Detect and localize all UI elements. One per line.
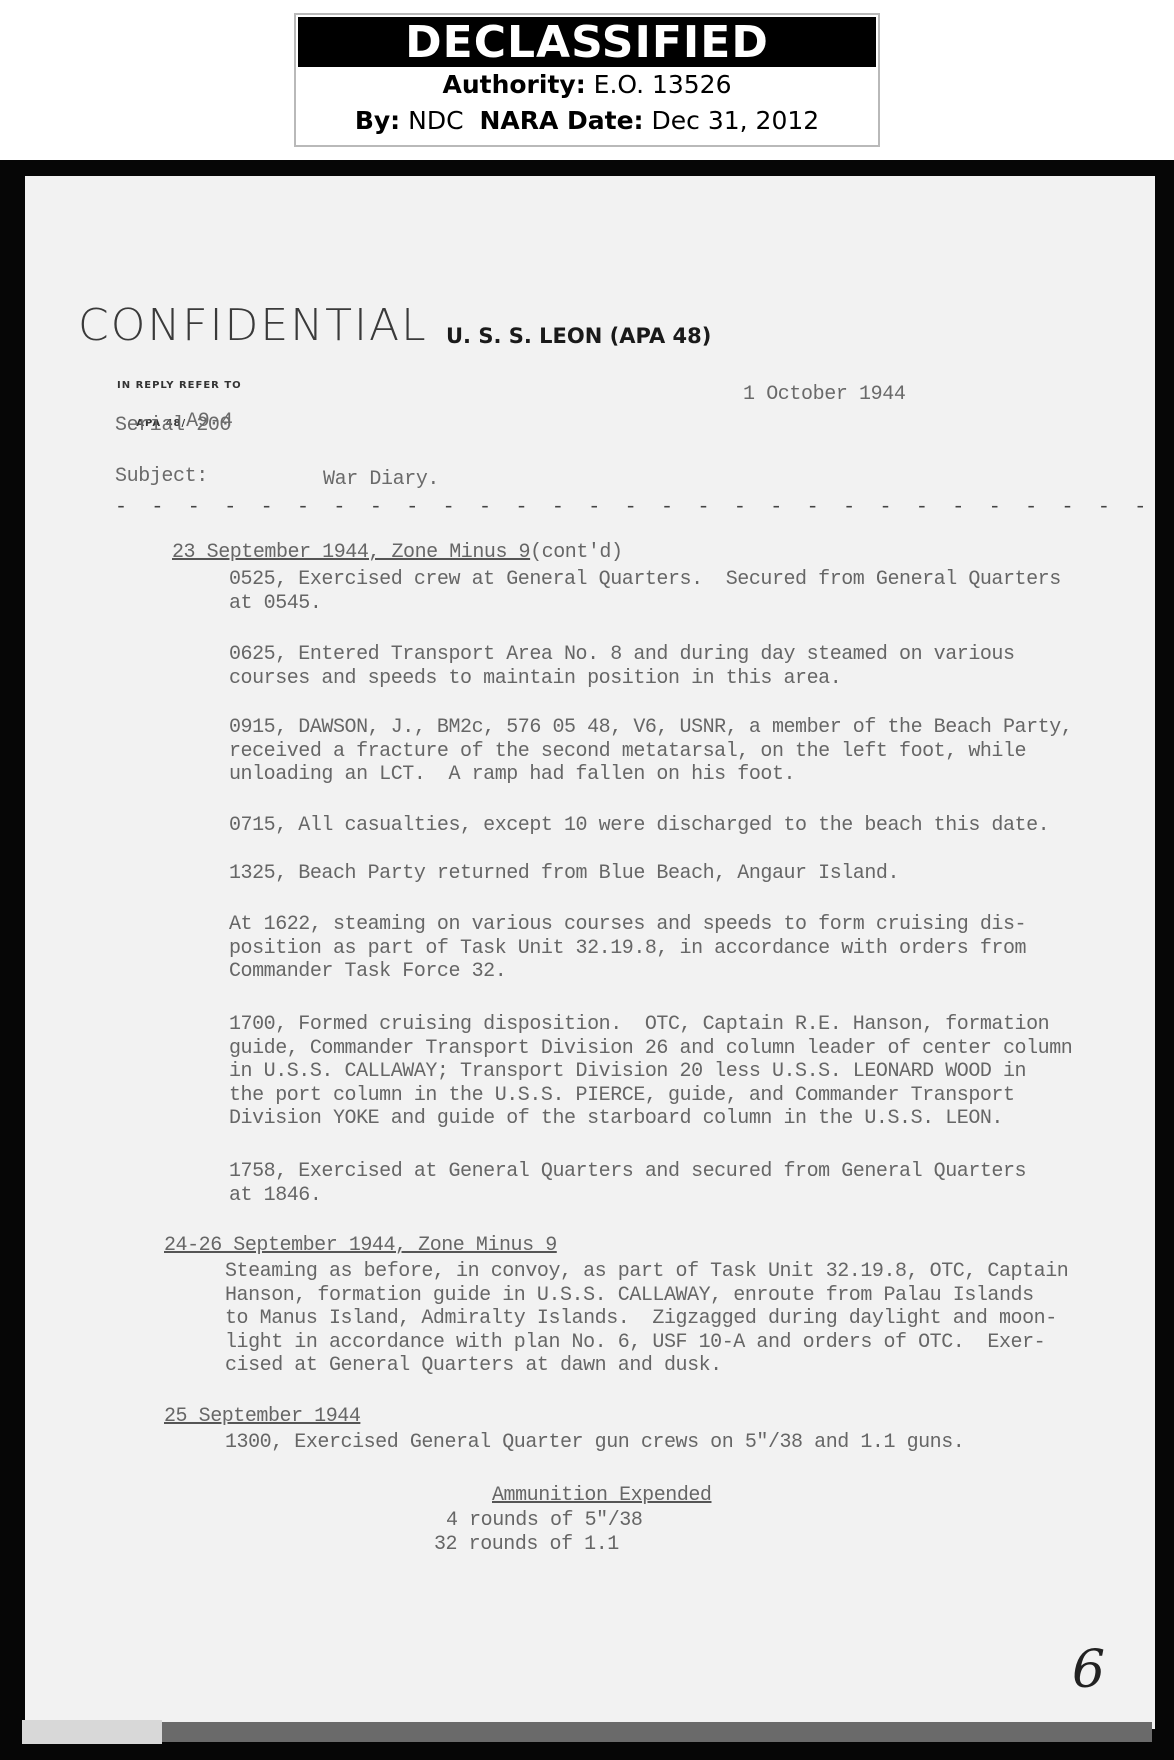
- diary-entry: 0715, All casualties, except 10 were dis…: [229, 814, 1049, 838]
- stamp-title: DECLASSIFIED: [298, 17, 876, 67]
- diary-entry: 0915, DAWSON, J., BM2c, 576 05 48, V6, U…: [229, 716, 1072, 787]
- subject-text: War Diary.: [323, 468, 439, 491]
- section-heading: 25 September 1944: [164, 1405, 360, 1429]
- separator-line: - - - - - - - - - - - - - - - - - - - - …: [115, 496, 1174, 519]
- stamp-authority: Authority: E.O. 13526: [296, 67, 878, 103]
- diary-entry: 0625, Entered Transport Area No. 8 and d…: [229, 643, 1015, 690]
- diary-entry: Steaming as before, in convoy, as part o…: [225, 1260, 1068, 1378]
- reply-refer-label: IN REPLY REFER TO: [117, 380, 242, 391]
- stamp-by-date: By: NDC NARA Date: Dec 31, 2012: [296, 103, 878, 139]
- ammunition-heading: Ammunition Expended: [492, 1484, 712, 1508]
- page-number: 6: [1072, 1640, 1105, 1700]
- classification-marking: CONFIDENTIAL: [78, 300, 428, 351]
- diary-entry: 0525, Exercised crew at General Quarters…: [229, 568, 1061, 615]
- diary-entry: At 1622, steaming on various courses and…: [229, 913, 1026, 984]
- ship-letterhead: U. S. S. LEON (APA 48): [446, 324, 711, 348]
- diary-entry: 1700, Formed cruising disposition. OTC, …: [229, 1013, 1072, 1131]
- serial-number: Serial 200: [115, 414, 231, 437]
- ammunition-line: 32 rounds of 1.1: [434, 1533, 619, 1557]
- diary-entry: 1300, Exercised General Quarter gun crew…: [225, 1431, 964, 1455]
- page-edge-shadow: [162, 1722, 1152, 1742]
- diary-entry: 1325, Beach Party returned from Blue Bea…: [229, 862, 899, 886]
- ammunition-line: 4 rounds of 5"/38: [446, 1509, 642, 1533]
- page-edge: [22, 1720, 162, 1744]
- section-heading: 24-26 September 1944, Zone Minus 9: [164, 1234, 557, 1258]
- section-heading: 23 September 1944, Zone Minus 9(cont'd): [172, 541, 623, 565]
- diary-entry: 1758, Exercised at General Quarters and …: [229, 1160, 1026, 1207]
- subject-label: Subject:: [115, 465, 208, 488]
- declassified-stamp: DECLASSIFIED Authority: E.O. 13526 By: N…: [294, 13, 880, 147]
- document-date: 1 October 1944: [743, 383, 905, 406]
